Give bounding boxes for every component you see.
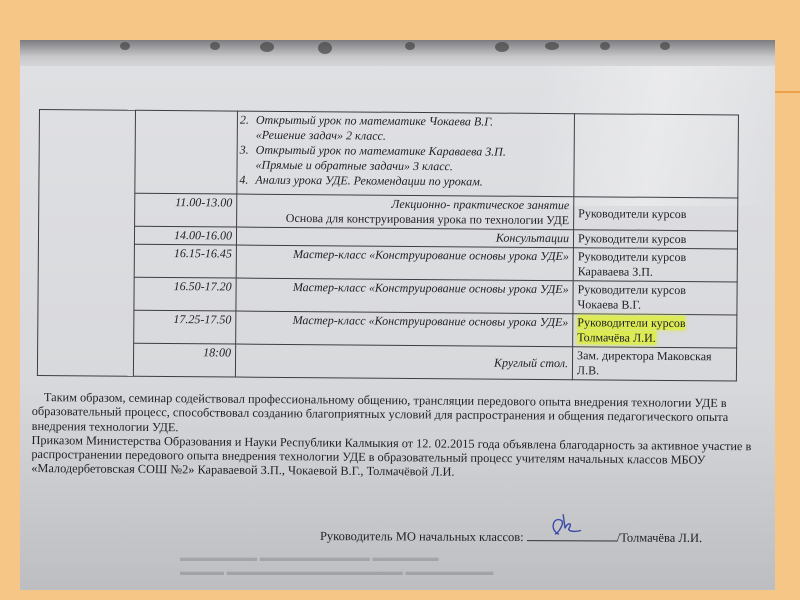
highlighted-text: Толмачёва Л.И. [577,330,656,345]
highlighted-text: Руководители курсов [577,315,685,330]
event-cell: Мастер-класс «Конструирование основы уро… [236,278,573,314]
binder-hole [405,42,415,50]
time-cell: 11.00-13.00 [135,193,237,227]
table-row: 11.00-13.00 Лекционно- практическое заня… [39,193,738,231]
event-cell: Мастер-класс «Конструирование основы уро… [236,311,573,347]
paragraph-order: Приказом Министерства Образования и Наук… [31,433,751,482]
table-row: 16.50-17.20 Мастер-класс «Конструировани… [38,276,737,314]
responsible-cell-highlighted: Руководители курсовТолмачёва Л.И. [573,314,737,348]
events-list: 2.Открытый урок по математике Чокаева В.… [241,113,570,191]
binder-hole [318,42,332,54]
accent-line [775,91,800,93]
body-text: Таким образом, семинар содействовал проф… [31,390,752,482]
signatory-name: /Толмачёва Л.И. [617,531,702,545]
responsible-cell: Руководители курсовЧокаева В.Г. [573,281,737,315]
bleed-through-text: ▬▬▬▬▬▬▬ ▬▬▬▬▬▬▬▬▬▬ ▬▬▬▬▬▬ ▬▬▬▬ ▬▬▬▬▬▬▬▬▬… [180,551,740,579]
paper-sheet: 2.Открытый урок по математике Чокаева В.… [20,66,775,590]
time-cell [135,110,238,194]
list-item: 4.Анализ урока УДЕ. Рекомендации по урок… [255,173,569,190]
responsible-cell [574,114,739,198]
binder-hole [120,42,130,50]
time-cell: 16.50-17.20 [134,277,236,311]
time-cell: 16.15-16.45 [134,244,236,278]
signature-label: Руководитель МО начальных классов: [320,529,524,544]
binder-hole [600,42,610,50]
binder-hole [495,42,509,52]
blank-cell [37,110,135,377]
time-cell: 14.00-16.00 [134,226,236,245]
responsible-cell: Руководители курсов [573,230,737,249]
responsible-cell: Руководители курсовКараваева З.П. [573,248,737,282]
event-cell: 2.Открытый урок по математике Чокаева В.… [237,111,575,197]
event-cell: Мастер-класс «Конструирование основы уро… [236,245,573,281]
list-item: 3.Открытый урок по математике Каравaева … [256,143,570,175]
binder-strip [20,40,775,68]
responsible-cell: Руководители курсов [574,197,738,231]
time-cell: 17.25-17.50 [134,310,236,344]
table-row: 18:00 Круглый стол. Зам. директора Маков… [37,342,736,380]
event-cell: Лекционно- практическое занятиеОснова дл… [237,194,574,230]
list-item: 2.Открытый урок по математике Чокаева В.… [256,113,570,145]
paragraph-summary: Таким образом, семинар содействовал проф… [32,390,752,439]
table-row: 17.25-17.50 Мастер-класс «Конструировани… [38,309,737,347]
binder-hole [210,42,220,50]
handwritten-signature-icon [545,512,585,538]
table-row: 2.Открытый урок по математике Чокаева В.… [39,110,739,198]
binder-hole [260,42,274,52]
responsible-cell: Зам. директора МаковскаяЛ.В. [572,347,736,381]
binder-hole [660,42,670,50]
document-photo: 2.Открытый урок по математике Чокаева В.… [20,40,775,590]
table-row: 16.15-16.45 Мастер-класс «Конструировани… [38,243,737,281]
signature-block: Руководитель МО начальных классов: /Толм… [320,527,702,546]
event-cell: Круглый стол. [235,344,572,380]
time-cell: 18:00 [133,343,235,377]
binder-hole [545,42,559,50]
schedule-table: 2.Открытый урок по математике Чокаева В.… [37,109,739,381]
signature-line [527,528,617,541]
